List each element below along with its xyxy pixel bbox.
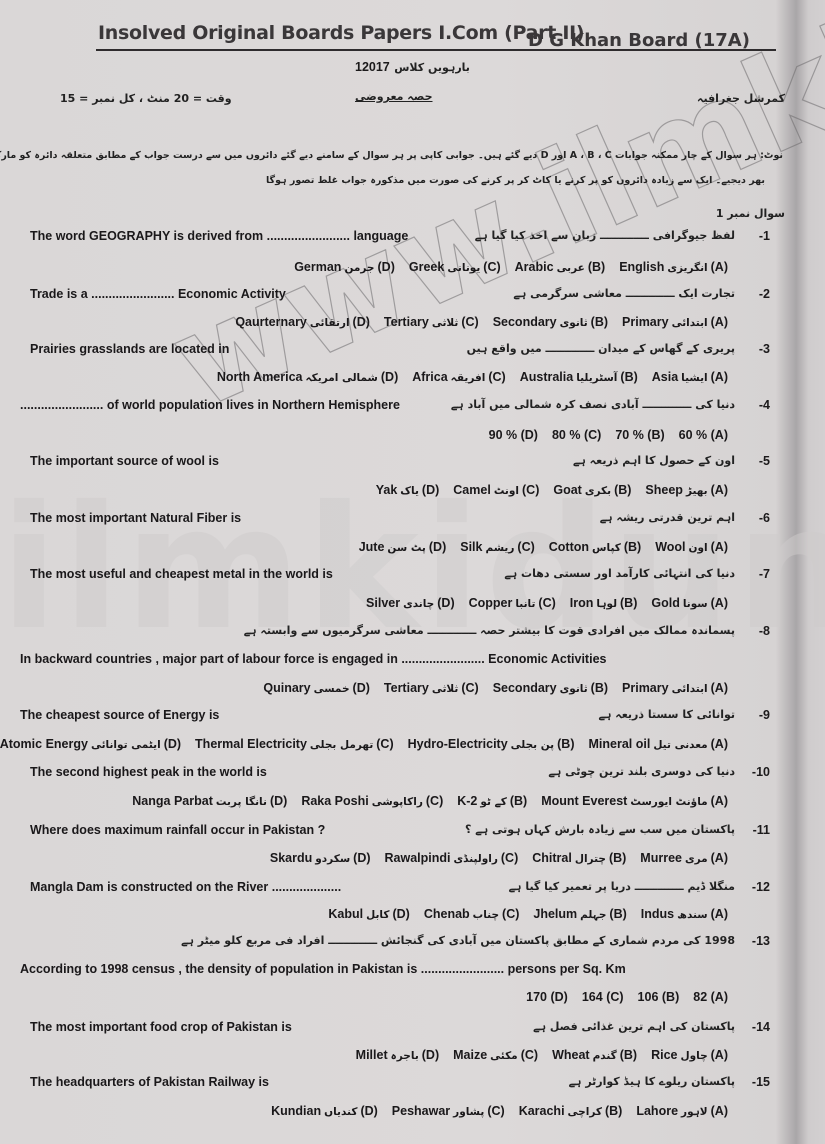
- question-text-ur: اہم ترین قدرتی ریشہ ہے: [600, 511, 735, 524]
- option-c: Peshawarپشاور(C): [392, 1104, 505, 1118]
- option-a: Murreeمری(A): [640, 851, 728, 865]
- option-d: Qaurternaryارتقائی(D): [235, 315, 370, 329]
- question-text-en: The word GEOGRAPHY is derived from .....…: [30, 229, 408, 243]
- option-b: Ironلوہا(B): [570, 596, 638, 610]
- option-a: Riceچاول(A): [651, 1048, 728, 1062]
- option-a: 82 (A): [693, 990, 728, 1004]
- instructions-line1: نوٹ: ہر سوال کے چار ممکنہ جوابات A ، B ،…: [0, 150, 783, 161]
- option-a: Asiaایشیا(A): [652, 370, 728, 384]
- question-text-ur: پسماندہ ممالک میں افرادی قوت کا بیشتر حص…: [244, 624, 735, 637]
- option-d: Kabulکابل(D): [328, 907, 409, 921]
- option-c: Africaافریقہ(C): [412, 370, 505, 384]
- option-a: Primaryابتدائی(A): [622, 681, 728, 695]
- question-number: -1: [759, 229, 770, 243]
- exam-page: ilmkidunya.com www.ilmkidunya.com Insolv…: [0, 0, 825, 1144]
- option-b: Hydro-Electricityپن بجلی(B): [408, 737, 575, 751]
- question-text-ur: دنیا کی ـــــــــــــ آبادی نصف کرہ شمال…: [451, 398, 735, 411]
- option-c: Tertiaryثلاثی(C): [384, 681, 479, 695]
- header-rule: [96, 49, 776, 51]
- option-c: Camelاونٹ(C): [453, 483, 539, 497]
- question-text-en: The second highest peak in the world is: [30, 765, 267, 779]
- option-b: Australiaآسٹریلیا(B): [520, 370, 638, 384]
- question-number: -5: [759, 454, 770, 468]
- option-b: K-2کے ٹو(B): [457, 794, 527, 808]
- note-label: نوٹ:: [760, 150, 783, 161]
- year: 12017: [355, 60, 390, 74]
- question-number: -2: [759, 287, 770, 301]
- options-row: Skarduسکردو(D)Rawalpindiراولپنڈی(C)Chitr…: [256, 851, 728, 865]
- question-text-en: The headquarters of Pakistan Railway is: [30, 1075, 269, 1089]
- option-c: Chenabچناب(C): [424, 907, 520, 921]
- option-b: 106 (B): [638, 990, 680, 1004]
- option-a: Goldسونا(A): [651, 596, 728, 610]
- question-text-ur: پاکستان میں سب سے زیادہ بارش کہاں ہوتی ہ…: [465, 823, 735, 836]
- question-text-en: Prairies grasslands are located in: [30, 342, 229, 356]
- option-b: Secondaryثانوی(B): [493, 681, 608, 695]
- option-c: Thermal Electricityتھرمل بجلی(C): [195, 737, 394, 751]
- option-b: Chitralچترال(B): [532, 851, 626, 865]
- options-row: 90 % (D)80 % (C)70 % (B)60 % (A): [475, 428, 728, 442]
- options-row: Nanga Parbatنانگا پربت(D)Raka Poshiراکاپ…: [118, 794, 728, 808]
- option-c: Raka Poshiراکاپوشی(C): [301, 794, 443, 808]
- option-d: Quinaryخمسی(D): [263, 681, 370, 695]
- subject-label: کمرشل جغرافیہ: [697, 92, 785, 105]
- question-text-ur: دنیا کی دوسری بلند ترین چوٹی ہے: [548, 765, 735, 778]
- question-number: -12: [752, 880, 770, 894]
- options-row: North Americaشمالی امریکہ(D)Africaافریقہ…: [203, 370, 728, 384]
- question-text-ur: پاکستان کی اہم ترین غذائی فصل ہے: [533, 1020, 735, 1033]
- option-c: Maizeمکئی(C): [453, 1048, 538, 1062]
- options-row: Qaurternaryارتقائی(D)Tertiaryثلاثی(C)Sec…: [221, 315, 728, 329]
- options-row: Quinaryخمسی(D)Tertiaryثلاثی(C)Secondaryث…: [249, 681, 728, 695]
- options-row: Germanجرمن(D)Greekیونانی(C)Arabicعربی(B)…: [280, 260, 728, 274]
- option-d: Nanga Parbatنانگا پربت(D): [132, 794, 287, 808]
- option-a: Woolاون(A): [655, 540, 728, 554]
- option-b: Goatبکری(B): [553, 483, 631, 497]
- section-label: حصہ معروضی: [355, 90, 433, 103]
- option-d: Yakیاک(D): [376, 483, 440, 497]
- question-number: -13: [752, 934, 770, 948]
- options-row: Atomic Energyایٹمی توانائی(D)Thermal Ele…: [0, 737, 728, 751]
- options-row: Milletباجرہ(D)Maizeمکئی(C)Wheatگندم(B)Ri…: [342, 1048, 728, 1062]
- option-c: 80 % (C): [552, 428, 601, 442]
- question-text-ur: پریری کے گھاس کے میدان ـــــــــــــ میں…: [467, 342, 735, 355]
- options-row: Silverچاندی(D)Copperتانبا(C)Ironلوہا(B)G…: [352, 596, 728, 610]
- question-number: -8: [759, 624, 770, 638]
- option-a: Sheepبھیڑ(A): [645, 483, 728, 497]
- question-text-en: In backward countries , major part of la…: [20, 652, 606, 666]
- option-a: 60 % (A): [679, 428, 728, 442]
- option-c: Greekیونانی(C): [409, 260, 501, 274]
- question-text-ur: لفظ جیوگرافی ـــــــــــــ زبان سے اخذ ک…: [475, 229, 735, 242]
- option-c: Tertiaryثلاثی(C): [384, 315, 479, 329]
- question-text-en: Where does maximum rainfall occur in Pak…: [30, 823, 325, 837]
- option-a: Mineral oilمعدنی تیل(A): [588, 737, 728, 751]
- question-number: -10: [752, 765, 770, 779]
- question-text-en: The most important Natural Fiber is: [30, 511, 241, 525]
- question-number: -14: [752, 1020, 770, 1034]
- question-number: -7: [759, 567, 770, 581]
- option-d: Germanجرمن(D): [294, 260, 395, 274]
- question-number: -6: [759, 511, 770, 525]
- option-a: Lahoreلاہور(A): [636, 1104, 728, 1118]
- question-number: -4: [759, 398, 770, 412]
- option-a: Primaryابتدائی(A): [622, 315, 728, 329]
- question-text-en: The most important food crop of Pakistan…: [30, 1020, 292, 1034]
- option-c: Rawalpindiراولپنڈی(C): [385, 851, 519, 865]
- class-label: بارہویں کلاس: [394, 61, 470, 74]
- option-d: Silverچاندی(D): [366, 596, 455, 610]
- option-b: Jhelumجہلم(B): [533, 907, 626, 921]
- option-c: 164 (C): [582, 990, 624, 1004]
- question-number: -15: [752, 1075, 770, 1089]
- option-b: 70 % (B): [615, 428, 664, 442]
- option-d: Milletباجرہ(D): [356, 1048, 439, 1062]
- question-text-en: ........................ of world popula…: [20, 398, 400, 412]
- option-c: Copperتانبا(C): [469, 596, 556, 610]
- option-b: Arabicعربی(B): [515, 260, 606, 274]
- option-d: Kundianکندیاں(D): [271, 1104, 378, 1118]
- options-row: Kabulکابل(D)Chenabچناب(C)Jhelumجہلم(B)In…: [314, 907, 728, 921]
- option-a: Englishانگریزی(A): [619, 260, 728, 274]
- options-row: Yakیاک(D)Camelاونٹ(C)Goatبکری(B)Sheepبھی…: [362, 483, 728, 497]
- board-name: D G Khan Board (17A): [528, 30, 750, 51]
- option-d: Skarduسکردو(D): [270, 851, 371, 865]
- question-text-en: The most useful and cheapest metal in th…: [30, 567, 333, 581]
- question-text-en: According to 1998 census , the density o…: [20, 962, 626, 976]
- option-d: Atomic Energyایٹمی توانائی(D): [0, 737, 181, 751]
- instructions-line2: بھر دیجیے۔ ایک سے زیادہ دائروں کو پر کرن…: [266, 175, 765, 186]
- class-year: 12017 بارہویں کلاس: [355, 58, 470, 76]
- question-text-en: The cheapest source of Energy is: [20, 708, 219, 722]
- question-text-ur: پاکستان ریلوے کا ہیڈ کوارٹر ہے: [569, 1075, 735, 1088]
- question-number: -9: [759, 708, 770, 722]
- option-d: 90 % (D): [489, 428, 538, 442]
- options-row: 170 (D)164 (C)106 (B)82 (A): [512, 990, 728, 1004]
- question-number: -11: [753, 823, 770, 837]
- option-b: Karachiکراچی(B): [519, 1104, 623, 1118]
- question-text-ur: دنیا کی انتہائی کارآمد اور سستی دھات ہے: [504, 567, 735, 580]
- option-d: 170 (D): [526, 990, 568, 1004]
- question-text-ur: منگلا ڈیم ـــــــــــــ دریا پر تعمیر کی…: [509, 880, 735, 893]
- option-d: North Americaشمالی امریکہ(D): [217, 370, 398, 384]
- question-text-ur: اون کے حصول کا اہم ذریعہ ہے: [573, 454, 735, 467]
- question-text-en: Mangla Dam is constructed on the River .…: [30, 880, 341, 894]
- question-text-ur: تجارت ایک ـــــــــــــ معاشی سرگرمی ہے: [513, 287, 735, 300]
- question-text-en: The important source of wool is: [30, 454, 219, 468]
- option-b: Secondaryثانوی(B): [493, 315, 608, 329]
- time-marks: وقت = 20 منٹ ، کل نمبر = 15: [60, 92, 232, 105]
- option-a: Mount Everestماؤنٹ ایورسٹ(A): [541, 794, 728, 808]
- option-a: Indusسندھ(A): [641, 907, 728, 921]
- question-number: -3: [759, 342, 770, 356]
- options-row: Kundianکندیاں(D)Peshawarپشاور(C)Karachiک…: [257, 1104, 728, 1118]
- option-b: Wheatگندم(B): [552, 1048, 637, 1062]
- option-c: Silkریشم(C): [460, 540, 535, 554]
- paper-series-title: Insolved Original Boards Papers I.Com (P…: [98, 22, 584, 44]
- options-row: Juteپٹ سن(D)Silkریشم(C)Cottonکپاس(B)Wool…: [345, 540, 728, 554]
- question-text-ur: 1998 کی مردم شماری کے مطابق پاکستان میں …: [181, 934, 735, 947]
- question-heading: سوال نمبر 1: [716, 207, 785, 220]
- option-b: Cottonکپاس(B): [549, 540, 641, 554]
- option-d: Juteپٹ سن(D): [359, 540, 447, 554]
- question-text-en: Trade is a ........................ Econ…: [30, 287, 286, 301]
- question-text-ur: توانائی کا سستا ذریعہ ہے: [599, 708, 735, 721]
